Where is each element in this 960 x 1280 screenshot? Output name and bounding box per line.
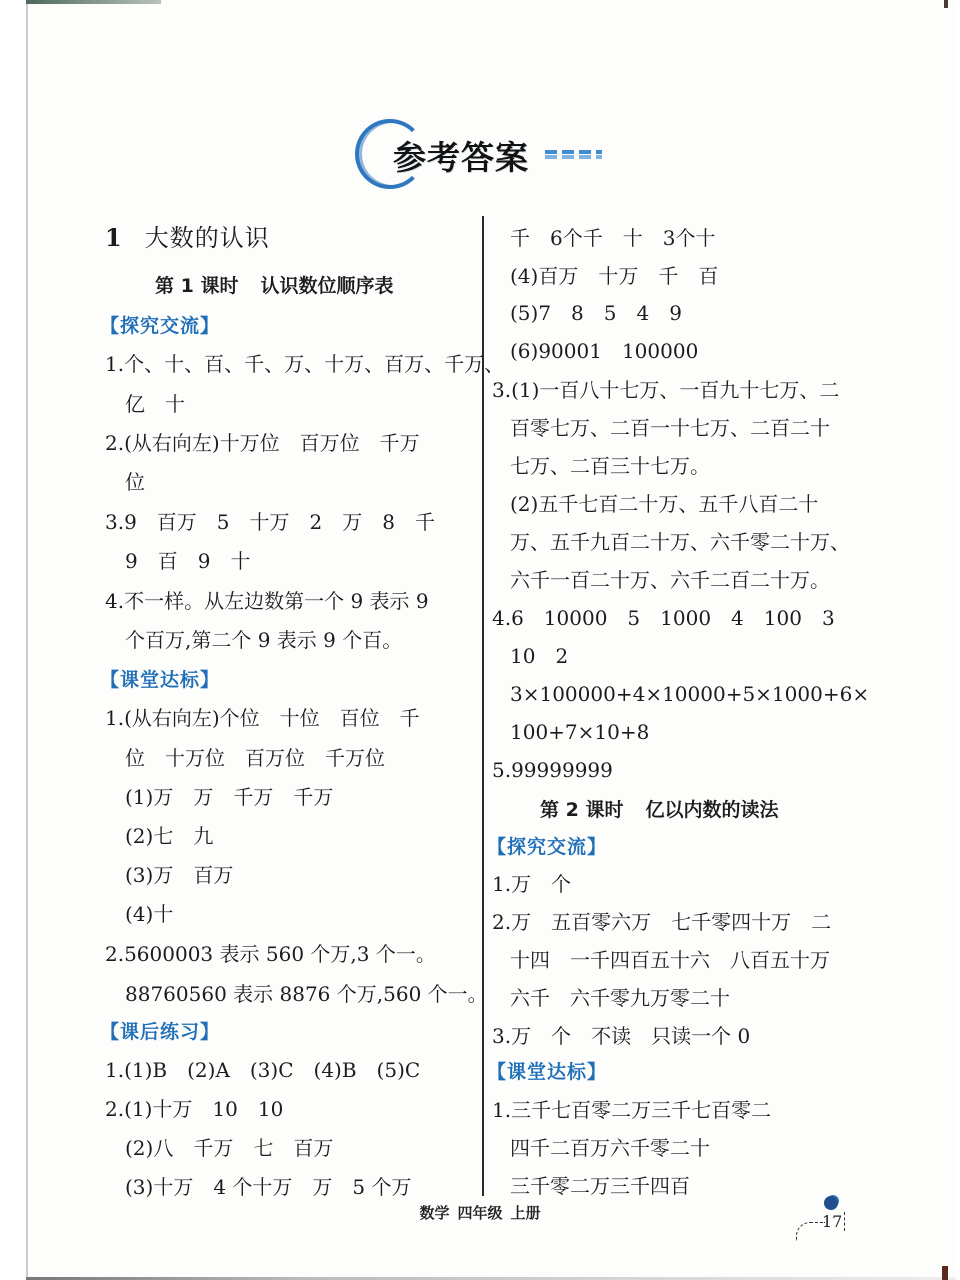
answer-line: 3×100000+4×10000+5×1000+6× — [510, 680, 869, 708]
section-heading-classroom: 【课堂达标】 — [100, 666, 220, 694]
answer-line: (4)百万 十万 千 百 — [510, 262, 718, 290]
answer-line: 个百万,第二个 9 表示 9 个百。 — [125, 626, 402, 654]
answer-line: 4.不一样。从左边数第一个 9 表示 9 — [105, 587, 429, 615]
answer-line: (2)七 九 — [125, 822, 213, 850]
answer-line: 2.(从右向左)十万位 百万位 千万 — [105, 429, 420, 457]
answer-line: 千 6个千 十 3个十 — [510, 224, 715, 252]
answer-line: (2)五千七百二十万、五千八百二十 — [510, 490, 818, 518]
answer-line: 十四 一千四百五十六 八百五十万 — [510, 946, 830, 974]
section-heading-explore: 【探究交流】 — [487, 833, 607, 861]
answer-line: 88760560 表示 8876 个万,560 个一。 — [125, 980, 488, 1008]
answer-line: (5)7 8 5 4 9 — [510, 299, 682, 327]
answer-line: 4.6 10000 5 1000 4 100 3 — [492, 604, 835, 632]
lesson-name: 亿以内数的读法 — [645, 799, 778, 821]
answer-line: (3)十万 4 个十万 万 5 个万 — [125, 1173, 412, 1201]
answer-line: 1.三千七百零二万三千七百零二 — [492, 1096, 771, 1124]
answer-line: 百零七万、二百一十七万、二百二十 — [510, 414, 830, 442]
section-heading-homework: 【课后练习】 — [100, 1018, 220, 1046]
footer-grade: 四年级 — [457, 1204, 502, 1222]
answer-line: 1.(从右向左)个位 十位 百位 千 — [105, 704, 420, 732]
answer-line: 3.(1)一百八十七万、一百九十七万、二 — [492, 376, 839, 404]
dashed-curve-icon — [796, 1222, 825, 1241]
answer-line: (3)万 百万 — [125, 861, 233, 889]
footer-subject: 数学 — [419, 1204, 449, 1222]
section-heading-explore: 【探究交流】 — [100, 312, 220, 340]
answer-line: 亿 十 — [125, 390, 185, 418]
answer-key-banner: 参考答案 — [355, 116, 615, 191]
answer-line: 万、五千九百二十万、六千零二十万、 — [510, 528, 850, 556]
answer-line: 1.个、十、百、千、万、十万、百万、千万、 — [105, 350, 504, 378]
chapter-name: 大数的认识 — [145, 224, 270, 252]
answer-line: 10 2 — [510, 642, 568, 670]
lesson-2-title: 第 2 课时亿以内数的读法 — [540, 796, 778, 824]
section-heading-classroom: 【课堂达标】 — [487, 1058, 607, 1086]
answer-line: (6)90001 100000 — [510, 337, 698, 365]
binding-mark-top — [944, 0, 948, 8]
page-number-badge: 17 — [812, 1196, 852, 1240]
answer-line: (1)万 万 千万 千万 — [125, 783, 333, 811]
page-number: 17 — [822, 1212, 845, 1231]
answer-line: 5.99999999 — [492, 756, 613, 784]
answer-line: 9 百 9 十 — [125, 547, 250, 575]
bug-mascot-icon — [824, 1196, 838, 1210]
page-edge-top — [26, 0, 161, 4]
answer-line: 六千一百二十万、六千二百二十万。 — [510, 566, 830, 594]
answer-line: 3.9 百万 5 十万 2 万 8 千 — [105, 508, 435, 536]
banner-title: 参考答案 — [393, 132, 529, 179]
chapter-title: 1大数的认识 — [105, 224, 270, 252]
lesson-1-title: 第 1 课时认识数位顺序表 — [155, 272, 393, 300]
answer-line: 七万、二百三十七万。 — [510, 452, 710, 480]
dash-decoration-icon — [545, 150, 602, 154]
answer-line: 2.(1)十万 10 10 — [105, 1095, 283, 1123]
answer-line: 三千零二万三千四百 — [510, 1172, 690, 1200]
binding-mark-bottom — [942, 1266, 948, 1280]
answer-line: (4)十 — [125, 900, 173, 928]
answer-line: 1.万 个 — [492, 870, 571, 898]
answer-line: 四千二百万六千零二十 — [510, 1134, 710, 1162]
lesson-number: 第 1 课时 — [155, 275, 238, 297]
answer-line: 2.5600003 表示 560 个万,3 个一。 — [105, 940, 436, 968]
answer-line: 2.万 五百零六万 七千零四十万 二 — [492, 908, 831, 936]
answer-line: (2)八 千万 七 百万 — [125, 1134, 333, 1162]
footer-volume: 上册 — [511, 1204, 541, 1222]
chapter-number: 1 — [105, 223, 123, 252]
answer-line: 位 — [125, 468, 145, 496]
answer-line: 3.万 个 不读 只读一个 0 — [492, 1022, 750, 1050]
answer-line: 1.(1)B (2)A (3)C (4)B (5)C — [105, 1056, 420, 1084]
answer-line: 六千 六千零九万零二十 — [510, 984, 730, 1012]
answer-line: 位 十万位 百万位 千万位 — [125, 744, 385, 772]
answer-line: 100+7×10+8 — [510, 718, 649, 746]
lesson-name: 认识数位顺序表 — [260, 275, 393, 297]
lesson-number: 第 2 课时 — [540, 799, 623, 821]
